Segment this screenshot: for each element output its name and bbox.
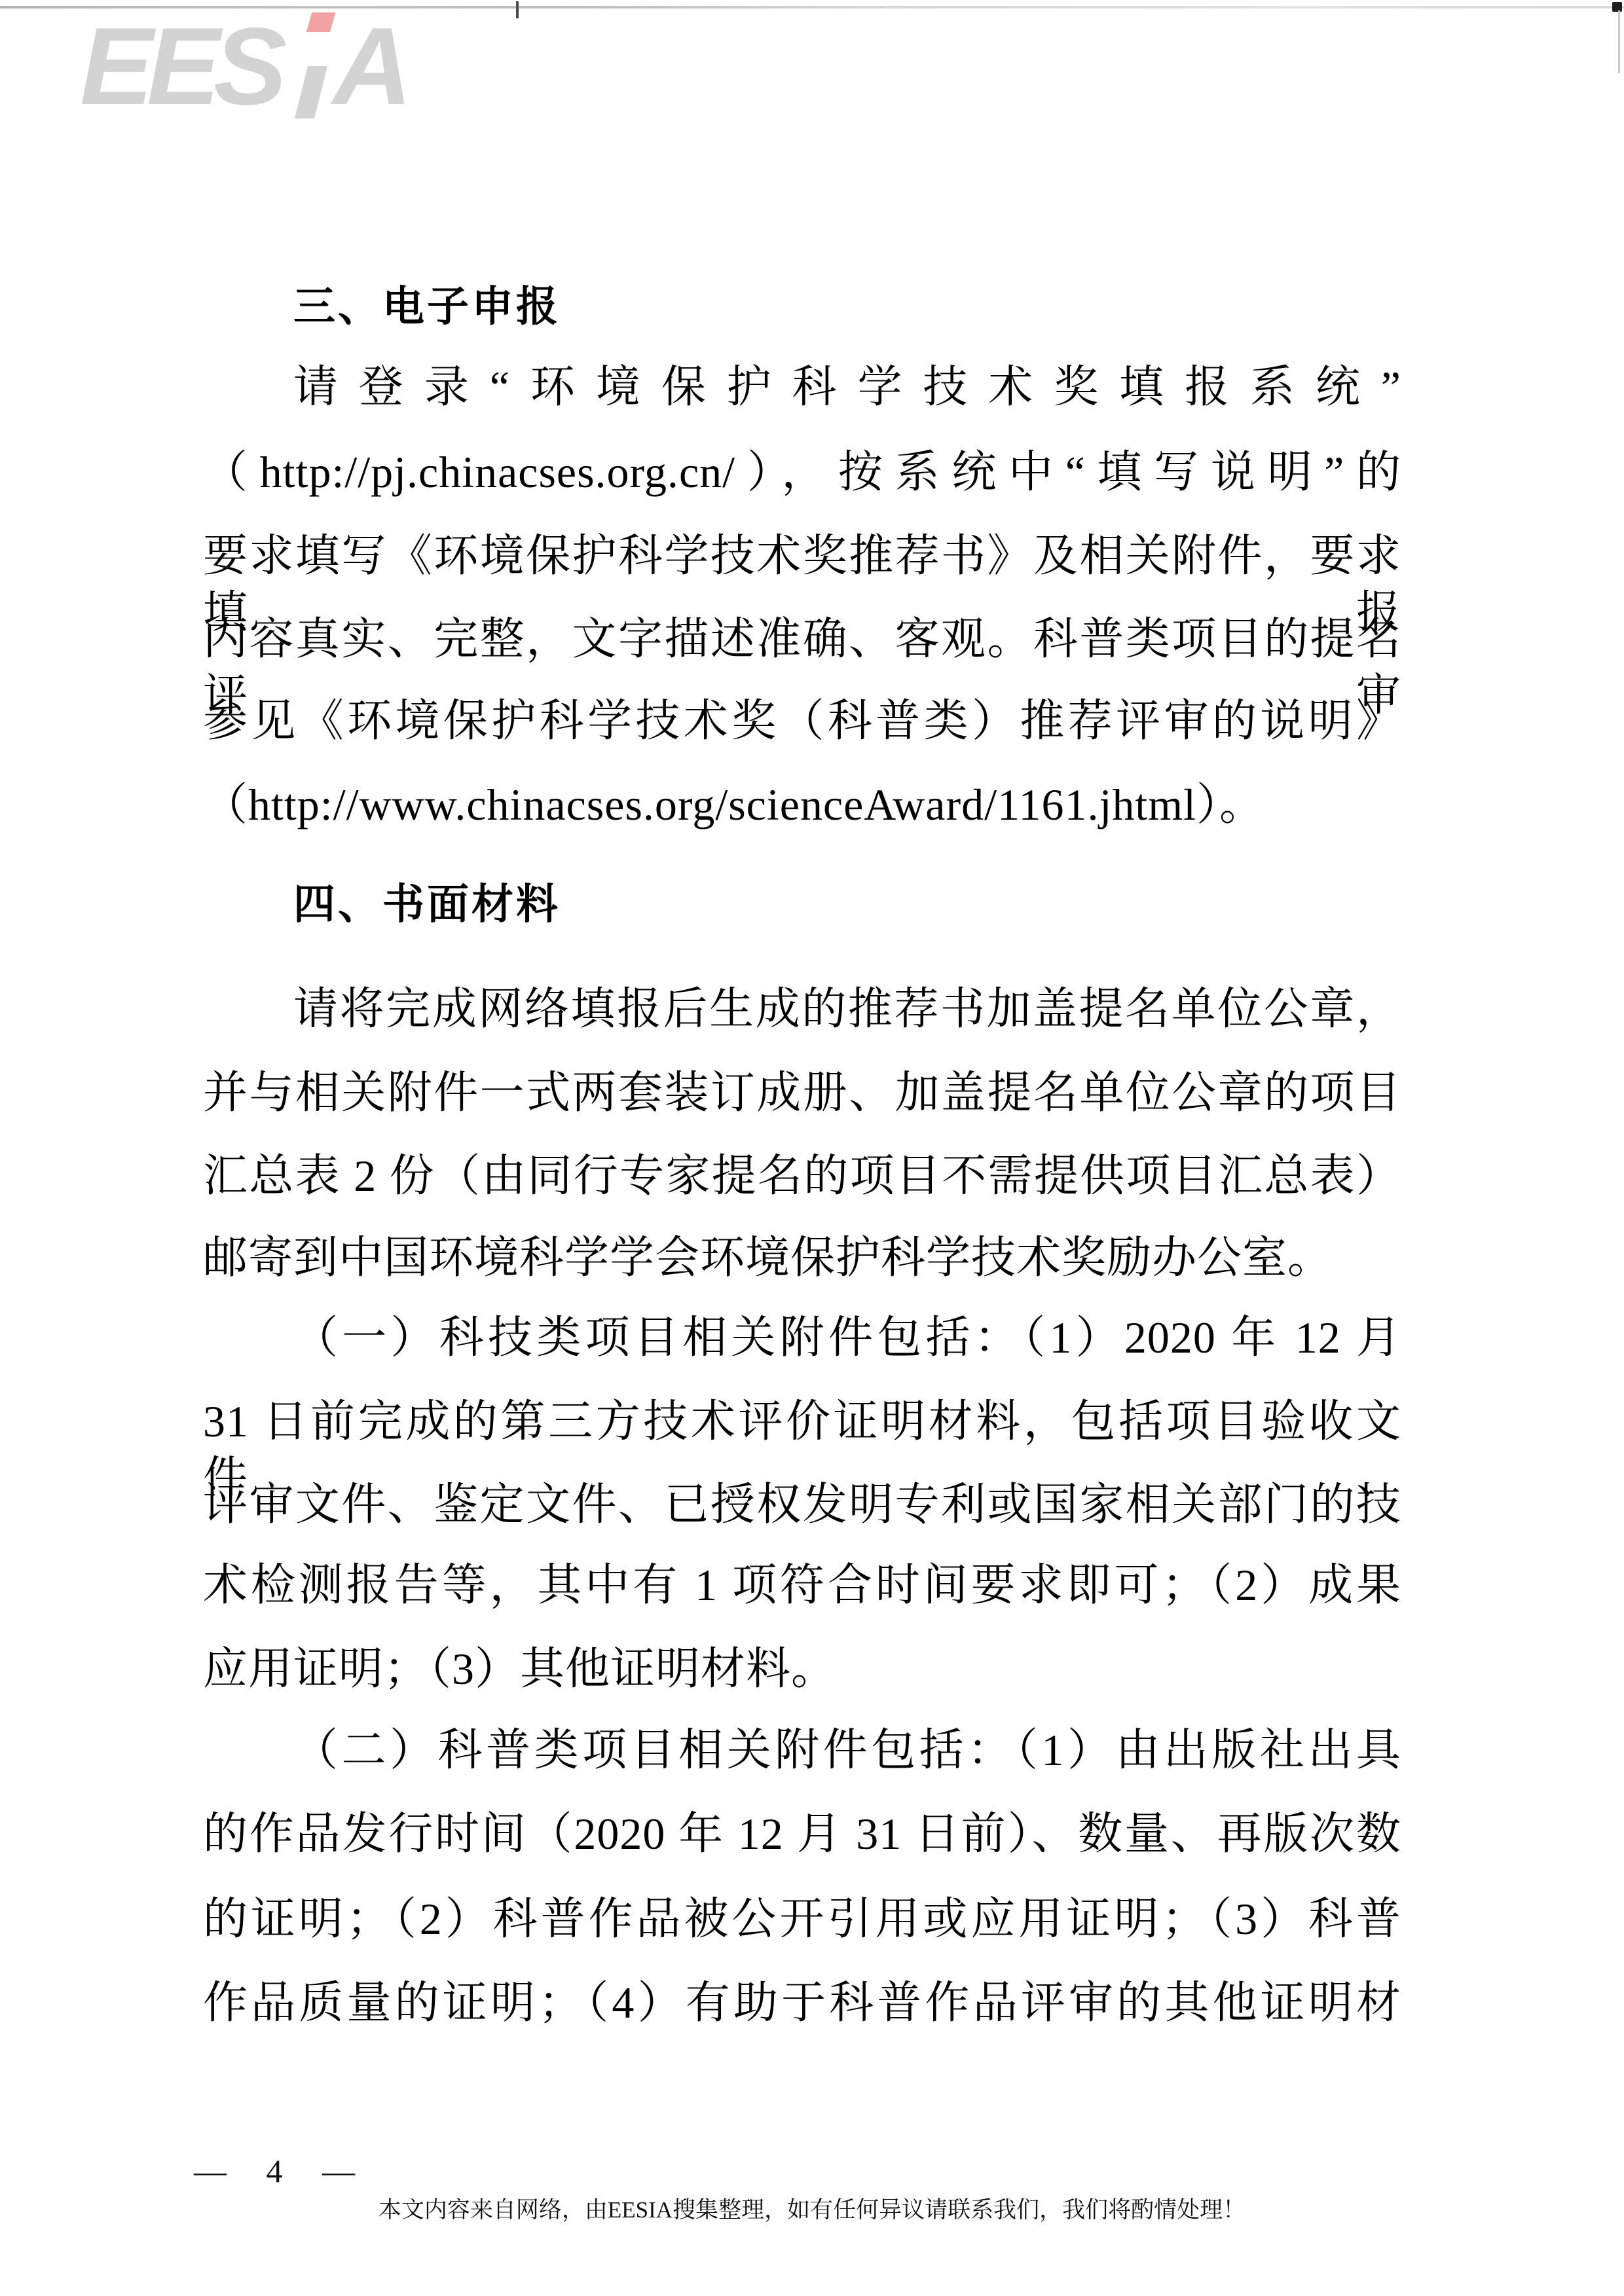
paragraph-line: 参见《环境保护科学技术奖（科普类）推荐评审的说明》 [203, 693, 1401, 749]
scan-artifact-right-line [1618, 10, 1620, 73]
paragraph-line: （二）科普类项目相关附件包括：（1）由出版社出具 [203, 1722, 1401, 1778]
document-page: EESA 三、电子申报 请登录“环境保护科学技术奖填报系统” （http://p… [0, 0, 1624, 2296]
section-heading-3: 三、电子申报 [203, 278, 1401, 335]
page-number: — 4 — [194, 2151, 355, 2191]
paragraph-line: （一）科技类项目相关附件包括：（1）2020 年 12 月 [203, 1309, 1401, 1366]
footer-disclaimer: 本文内容来自网络，由EESIA搜集整理，如有任何异议请联系我们，我们将酌情处理！ [0, 2195, 1624, 2226]
paragraph-line: 应用证明；（3）其他证明材料。 [203, 1641, 1401, 1697]
paragraph-line: 作品质量的证明；（4）有助于科普作品评审的其他证明材 [203, 1975, 1401, 2031]
scan-artifact-right-blob [1612, 2, 1622, 12]
paragraph-line: （http://www.chinacses.org/scienceAward/1… [203, 776, 1401, 833]
paragraph-line: 的作品发行时间（2020 年 12 月 31 日前）、数量、再版次数 [203, 1806, 1401, 1862]
paragraph-line: 术检测报告等，其中有 1 项符合时间要求即可；（2）成果 [203, 1557, 1401, 1613]
paragraph-line: 请将完成网络填报后生成的推荐书加盖提名单位公章， [203, 981, 1401, 1037]
document-body: 三、电子申报 请登录“环境保护科学技术奖填报系统” （http://pj.chi… [203, 0, 1401, 2296]
section-heading-4: 四、书面材料 [203, 876, 1401, 932]
paragraph-line: 评审文件、鉴定文件、已授权发明专利或国家相关部门的技 [203, 1476, 1401, 1533]
paragraph-line: 的证明；（2）科普作品被公开引用或应用证明；（3）科普 [203, 1891, 1401, 1947]
paragraph-line: 邮寄到中国环境科学学会环境保护科学技术奖励办公室。 [203, 1230, 1401, 1286]
paragraph-line: 并与相关附件一式两套装订成册、加盖提名单位公章的项目 [203, 1065, 1401, 1121]
paragraph-line: （http://pj.chinacses.org.cn/），按系统中“填写说明”… [203, 444, 1401, 500]
paragraph-line: 请登录“环境保护科学技术奖填报系统” [203, 359, 1401, 415]
paragraph-line: 汇总表 2 份（由同行专家提名的项目不需提供项目汇总表） [203, 1148, 1401, 1204]
